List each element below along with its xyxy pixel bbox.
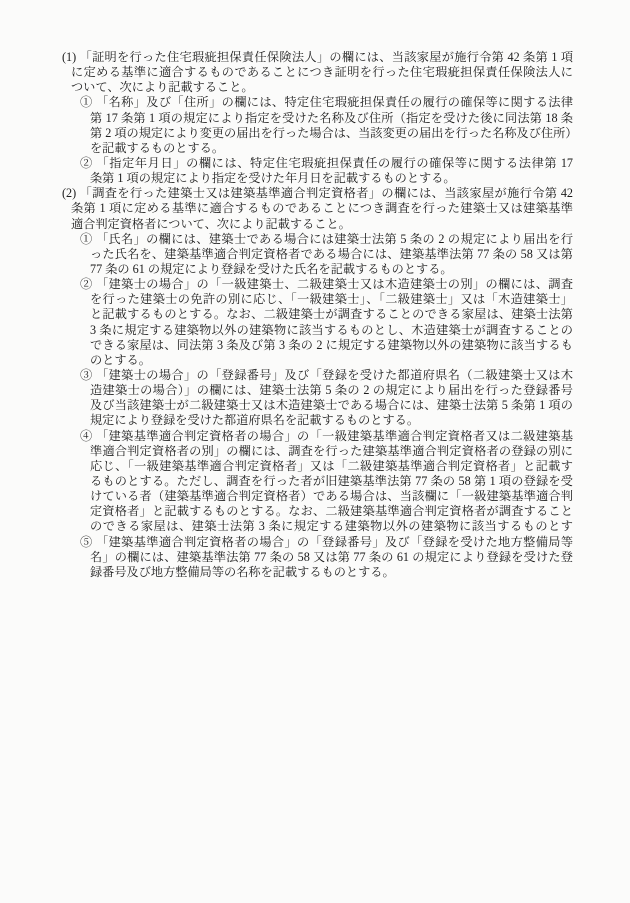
text-line: けている者（建築基準適合判定資格者）である場合は、当該欄に「一級建築基準適合判 [90,489,573,504]
text-line: 応じ、「一級建築基準適合判定資格者」又は「二級建築基準適合判定資格者」と記載す [90,459,573,474]
document-body: (1) 「証明を行った住宅瑕疵担保責任保険法人」の欄には、当該家屋が施行令第 4… [62,50,573,580]
text-line: ① 「氏名」の欄には、建築士である場合には建築士法第 5 条の 2 の規定により… [80,232,573,247]
text-line: 定資格者」と記載するものとする。なお、二級建築基準適合判定資格者が調査すること [90,504,573,519]
text-line: るものとする。ただし、調査を行った者が旧建築基準法第 77 条の 58 第 1 … [90,474,573,489]
document-page: (1) 「証明を行った住宅瑕疵担保責任保険法人」の欄には、当該家屋が施行令第 4… [0,0,630,903]
text-line: を記載するものとする。 [90,141,573,156]
text-line: 規定により登録を受けた都道府県名を記載するものとする。 [90,413,573,428]
text-line: 第 2 項の規定により変更の届出を行った場合は、当該変更の届出を行った名称及び住… [90,126,573,141]
text-line: に定める基準に適合するものであることにつき証明を行った住宅瑕疵担保責任保険法人に [71,65,573,80]
text-line: (1) 「証明を行った住宅瑕疵担保責任保険法人」の欄には、当該家屋が施行令第 4… [62,50,573,65]
clause-1-item-2: ② 「指定年月日」の欄には、特定住宅瑕疵担保責任の履行の確保等に関する法律第 1… [62,156,573,186]
line-text: 「建築基準適合判定資格者の場合」の「一級建築基準適合判定資格者又は二級建築基 [96,429,573,443]
text-line: (2) 「調査を行った建築士又は建築基準適合判定資格者」の欄には、当該家屋が施行… [62,186,573,201]
text-line: できる家屋は、同法第 3 条及び第 3 条の 2 に規定する建築物以外の建築物に… [90,338,573,353]
item-3-marker: ③ [80,368,93,382]
text-line: 条第 1 項に定める基準に適合するものであることにつき調査を行った建築士又は建築… [71,201,573,216]
item-4-marker: ④ [80,429,93,443]
text-line: ③ 「建築士の場合」の「登録番号」及び「登録を受けた都道府県名（二級建築士又は木 [80,368,573,383]
clause-2-marker: (2) [62,186,76,200]
text-line: ついて、次により記載すること。 [71,80,573,95]
clause-2-item-4: ④ 「建築基準適合判定資格者の場合」の「一級建築基準適合判定資格者又は二級建築基… [62,429,573,535]
clause-1-marker: (1) [62,50,76,64]
text-line: 準適合判定資格者の別」の欄には、調査を行った建築基準適合判定資格者の登録の別に [90,444,573,459]
text-line: 造建築士の場合）」の欄には、建築士法第 5 条の 2 の規定により届出を行った登… [90,383,573,398]
clause-1-item-1: ① 「名称」及び「住所」の欄には、特定住宅瑕疵担保責任の履行の確保等に関する法律… [62,95,573,156]
line-text: 「建築士の場合」の「登録番号」及び「登録を受けた都道府県名（二級建築士又は木 [96,368,573,382]
text-line: 適合判定資格者について、次により記載すること。 [71,217,573,232]
text-line: のとする。 [90,353,573,368]
text-line: 3 条に規定する建築物以外の建築物に該当するものとし、木造建築士が調査することの [90,323,573,338]
line-text: 「建築基準適合判定資格者の場合」の「登録番号」及び「登録を受けた地方整備局等 [96,535,573,549]
text-line: 条第 1 項の規定により指定を受けた年月日を記載するものとする。 [90,171,573,186]
text-line: ② 「建築士の場合」の「一級建築士、二級建築士又は木造建築士の別」の欄には、調査 [80,277,573,292]
item-1-marker: ① [80,232,93,246]
clause-2-item-5: ⑤ 「建築基準適合判定資格者の場合」の「登録番号」及び「登録を受けた地方整備局等… [62,535,573,580]
text-line: 第 17 条第 1 項の規定により指定を受けた名称及び住所（指定を受けた後に同法… [90,111,573,126]
text-line: 77 条の 61 の規定により登録を受けた氏名を記載するものとする。 [90,262,573,277]
clause-2: (2) 「調査を行った建築士又は建築基準適合判定資格者」の欄には、当該家屋が施行… [62,186,573,231]
text-line: ② 「指定年月日」の欄には、特定住宅瑕疵担保責任の履行の確保等に関する法律第 1… [80,156,573,171]
line-text: 「名称」及び「住所」の欄には、特定住宅瑕疵担保責任の履行の確保等に関する法律 [96,95,573,109]
item-2-marker: ② [80,277,93,291]
clause-1: (1) 「証明を行った住宅瑕疵担保責任保険法人」の欄には、当該家屋が施行令第 4… [62,50,573,95]
clause-2-item-1: ① 「氏名」の欄には、建築士である場合には建築士法第 5 条の 2 の規定により… [62,232,573,277]
text-line: のできる家屋は、建築士法第 3 条に規定する建築物以外の建築物に該当するものとす… [90,519,573,534]
item-5-marker: ⑤ [80,535,93,549]
line-text: 「建築士の場合」の「一級建築士、二級建築士又は木造建築士の別」の欄には、調査 [96,277,573,291]
clause-2-item-3: ③ 「建築士の場合」の「登録番号」及び「登録を受けた都道府県名（二級建築士又は木… [62,368,573,429]
text-line: 名」の欄には、建築基準法第 77 条の 58 又は第 77 条の 61 の規定に… [90,550,573,565]
item-1-marker: ① [80,95,93,109]
line-text: 「証明を行った住宅瑕疵担保責任保険法人」の欄には、当該家屋が施行令第 42 条第… [80,50,573,64]
line-text: 「氏名」の欄には、建築士である場合には建築士法第 5 条の 2 の規定により届出… [96,232,573,246]
text-line: ④ 「建築基準適合判定資格者の場合」の「一級建築基準適合判定資格者又は二級建築基 [80,429,573,444]
line-text: 「調査を行った建築士又は建築基準適合判定資格者」の欄には、当該家屋が施行令第 4… [80,186,573,200]
text-line: ⑤ 「建築基準適合判定資格者の場合」の「登録番号」及び「登録を受けた地方整備局等 [80,535,573,550]
text-line: 及び当該建築士が二級建築士又は木造建築士である場合には、建築士法第 5 条第 1… [90,398,573,413]
item-2-marker: ② [80,156,93,170]
line-text: 「指定年月日」の欄には、特定住宅瑕疵担保責任の履行の確保等に関する法律第 17 [96,156,573,170]
text-line: と記載するものとする。なお、二級建築士が調査することのできる家屋は、建築士法第 [90,307,573,322]
text-line: 録番号及び地方整備局等の名称を記載するものとする。 [90,565,573,580]
clause-2-item-2: ② 「建築士の場合」の「一級建築士、二級建築士又は木造建築士の別」の欄には、調査… [62,277,573,368]
text-line: ① 「名称」及び「住所」の欄には、特定住宅瑕疵担保責任の履行の確保等に関する法律 [80,95,573,110]
text-line: った氏名を、建築基準適合判定資格者である場合には、建築基準法第 77 条の 58… [90,247,573,262]
text-line: を行った建築士の免許の別に応じ、「一級建築士」、「二級建築士」又は「木造建築士」 [90,292,573,307]
